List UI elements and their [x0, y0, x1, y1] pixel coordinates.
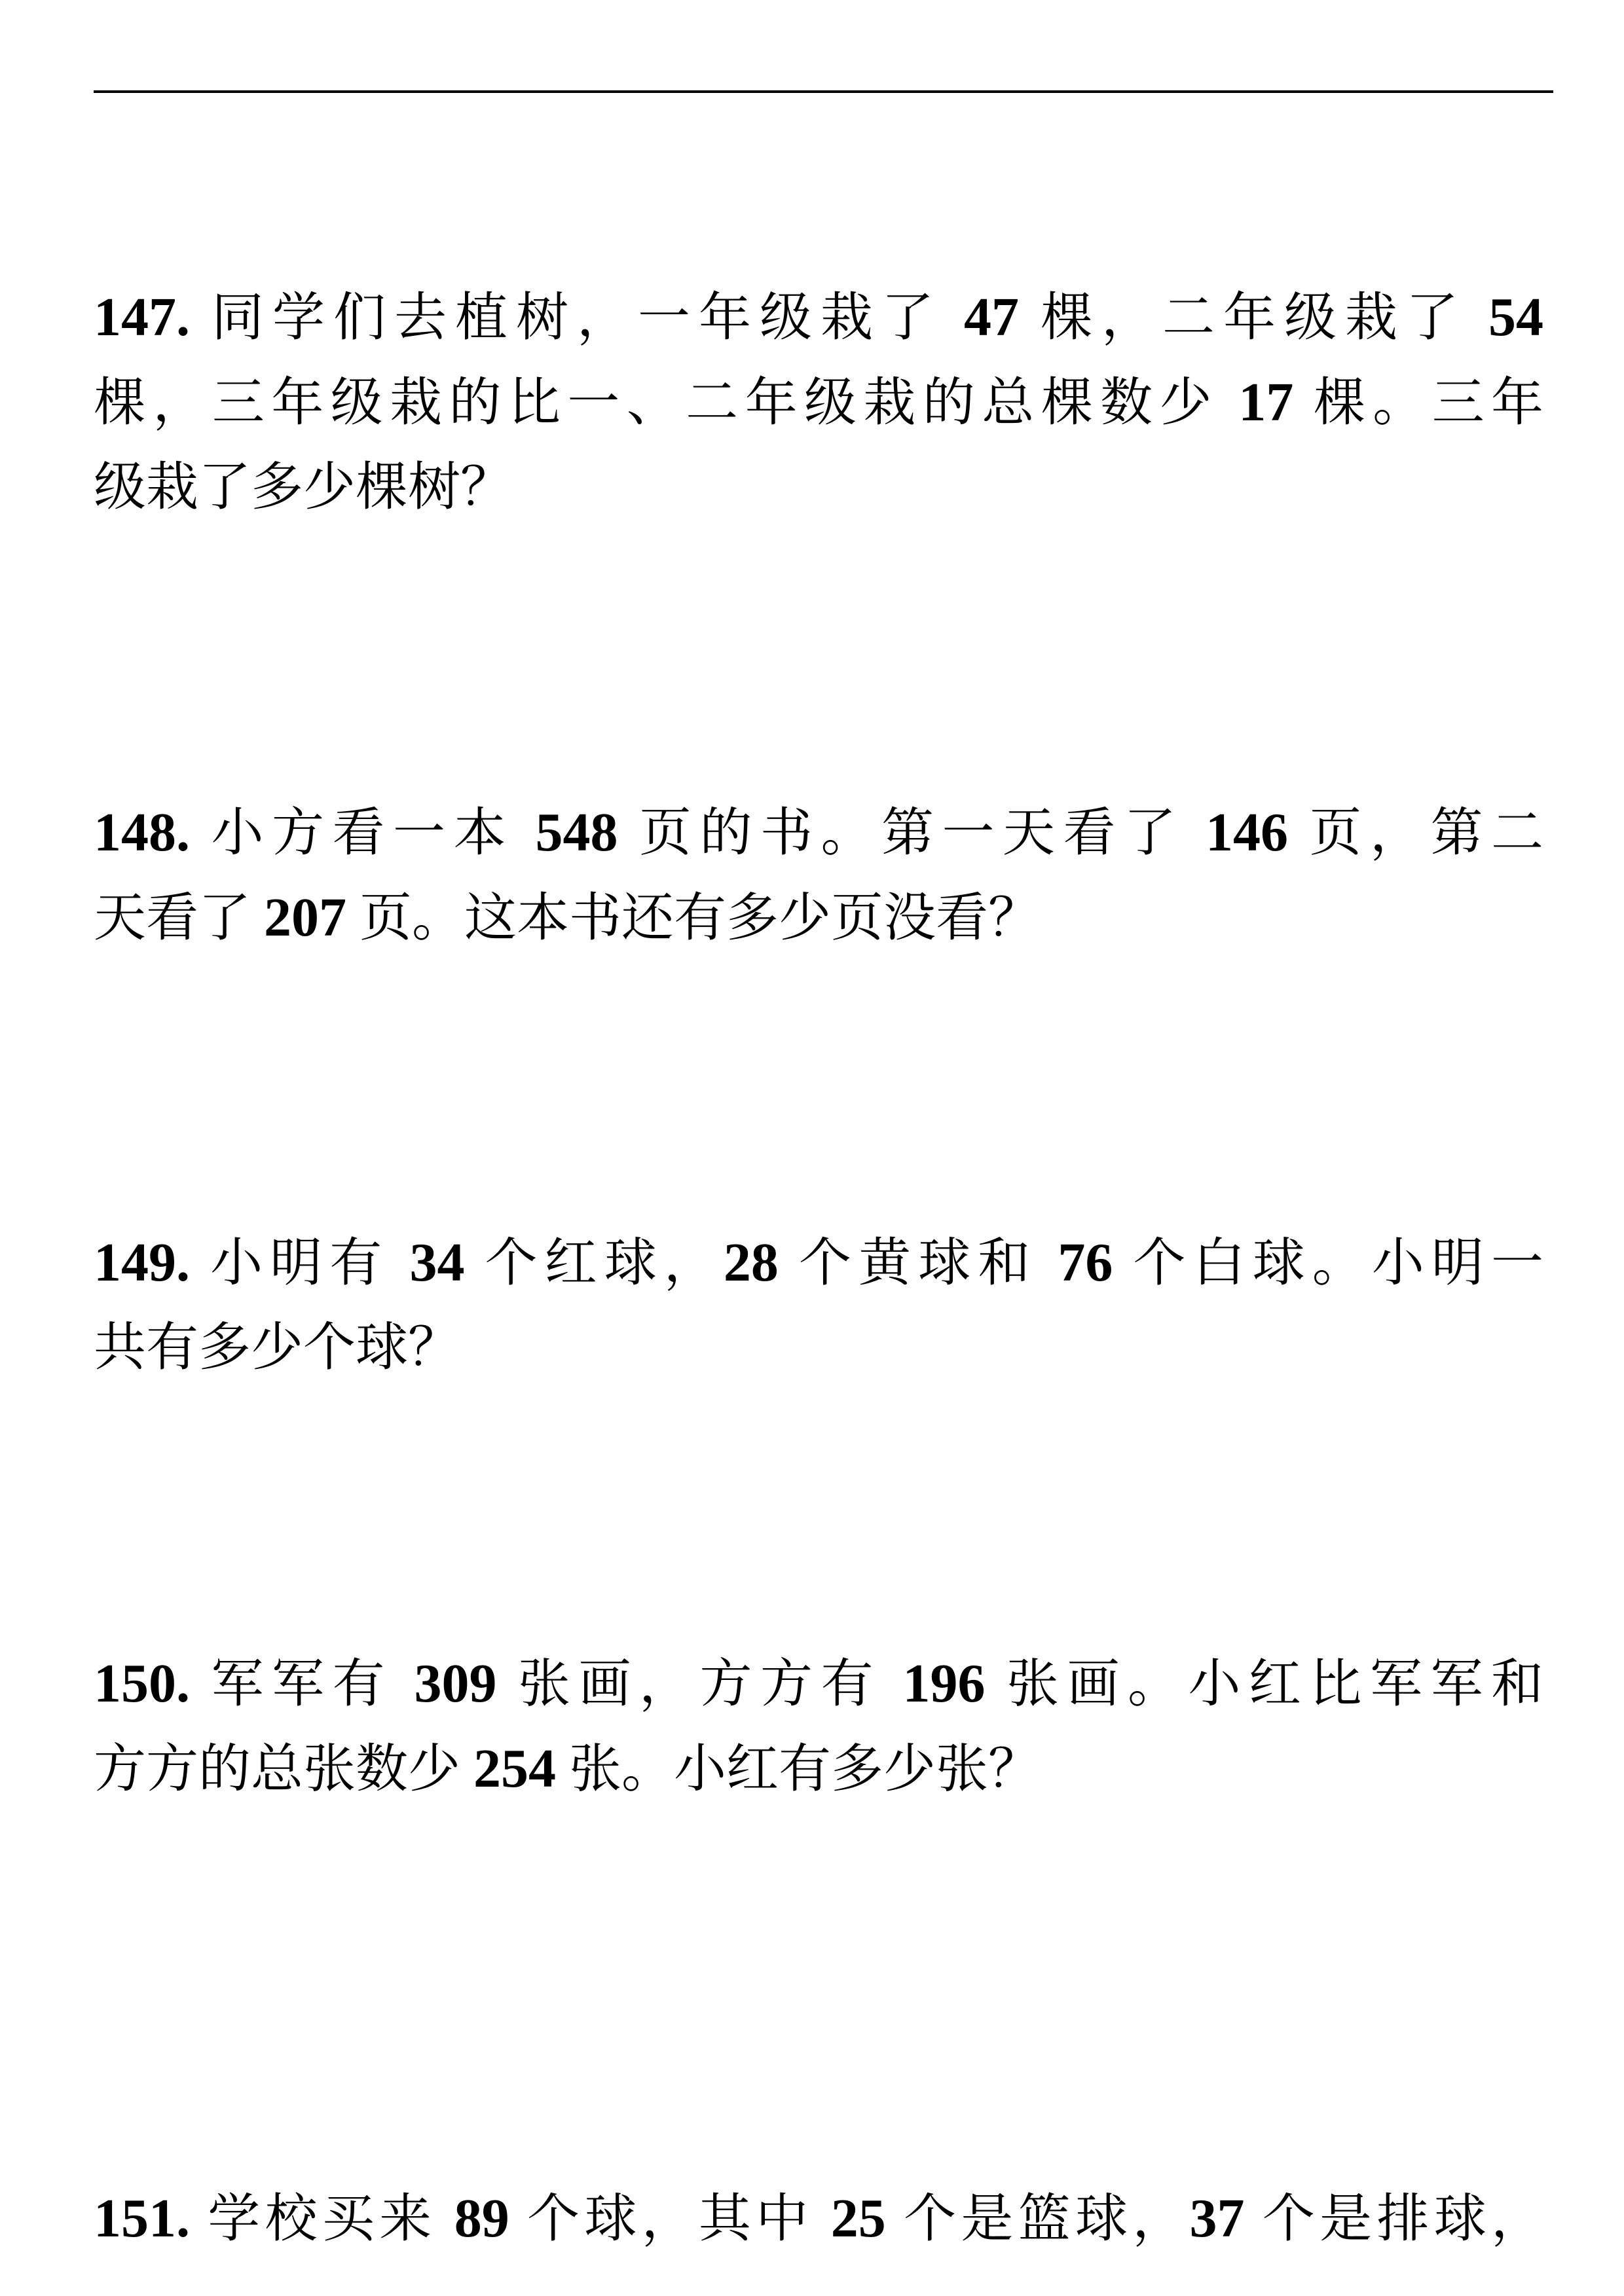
text-line: 148. 小方看一本 548 页的书。第一天看了 146 页，第二: [94, 790, 1543, 875]
text-run: 军军有: [190, 1656, 415, 1713]
text-run: 方方的总张数少: [94, 1741, 473, 1798]
problem-148: 148. 小方看一本 548 页的书。第一天看了 146 页，第二天看了 207…: [94, 790, 1543, 960]
text-run: 级栽了多少棵树？: [94, 459, 513, 517]
text-run: 个黄球和: [779, 1235, 1058, 1292]
bold-number: 17: [1238, 372, 1293, 433]
bold-number: 254: [473, 1738, 556, 1799]
text-run: 页。这本书还有多少页没看？: [346, 890, 1041, 947]
document-page: 147. 同学们去植树，一年级栽了 47 棵，二年级栽了 54棵，三年级栽的比一…: [0, 0, 1624, 2296]
text-run: 天看了: [94, 890, 264, 947]
text-line: 149. 小明有 34 个红球，28 个黄球和 76 个白球。小明一: [94, 1220, 1543, 1305]
text-run: 张画，方方有: [497, 1656, 903, 1713]
text-run: 张。小红有多少张？: [556, 1741, 1041, 1798]
problem-149: 149. 小明有 34 个红球，28 个黄球和 76 个白球。小明一共有多少个球…: [94, 1220, 1543, 1391]
text-run: 张画。小红比军军和: [986, 1656, 1544, 1713]
text-run: 小明有: [190, 1235, 409, 1292]
bold-number: 37: [1190, 2188, 1245, 2249]
text-run: 页的书。第一天看了: [618, 805, 1206, 862]
text-line: 方方的总张数少 254 张。小红有多少张？: [94, 1726, 1543, 1812]
text-line: 棵，三年级栽的比一、二年级栽的总棵数少 17 棵。三年: [94, 360, 1543, 445]
bold-number: 34: [409, 1232, 464, 1293]
text-line: 151. 学校买来 89 个球，其中 25 个是篮球，37 个是排球，: [94, 2176, 1543, 2261]
bold-number: 151.: [94, 2188, 190, 2249]
text-run: 棵，三年级栽的比一、二年级栽的总棵数少: [94, 374, 1238, 432]
text-run: 同学们去植树，一年级栽了: [190, 289, 964, 347]
bold-number: 89: [454, 2188, 509, 2249]
bold-number: 148.: [94, 802, 190, 863]
text-run: 个是排球，: [1245, 2191, 1543, 2248]
text-run: 页，第二: [1288, 805, 1543, 862]
bold-number: 76: [1058, 1232, 1113, 1293]
bold-number: 548: [536, 802, 618, 863]
text-line: 级栽了多少棵树？: [94, 445, 1543, 530]
text-run: 个是篮球，: [886, 2191, 1190, 2248]
text-run: 学校买来: [190, 2191, 454, 2248]
bold-number: 25: [831, 2188, 886, 2249]
bold-number: 28: [724, 1232, 779, 1293]
text-line: 共有多少个球？: [94, 1305, 1543, 1391]
text-line: 147. 同学们去植树，一年级栽了 47 棵，二年级栽了 54: [94, 275, 1543, 360]
problem-147: 147. 同学们去植树，一年级栽了 47 棵，二年级栽了 54棵，三年级栽的比一…: [94, 275, 1543, 530]
text-run: 小方看一本: [190, 805, 536, 862]
bold-number: 196: [903, 1653, 986, 1714]
bold-number: 309: [415, 1653, 497, 1714]
text-run: 共有多少个球？: [94, 1319, 460, 1377]
bold-number: 207: [264, 887, 346, 948]
bold-number: 147.: [94, 287, 190, 348]
text-run: 个白球。小明一: [1113, 1235, 1543, 1292]
text-run: 个球，其中: [509, 2191, 831, 2248]
bold-number: 146: [1206, 802, 1288, 863]
problem-151: 151. 学校买来 89 个球，其中 25 个是篮球，37 个是排球，: [94, 2176, 1543, 2261]
text-run: 个红球，: [464, 1235, 723, 1292]
problem-150: 150. 军军有 309 张画，方方有 196 张画。小红比军军和方方的总张数少…: [94, 1641, 1543, 1812]
text-run: 棵，二年级栽了: [1019, 289, 1488, 347]
header-divider: [94, 90, 1553, 93]
bold-number: 47: [964, 287, 1019, 348]
bold-number: 54: [1488, 287, 1543, 348]
bold-number: 150.: [94, 1653, 190, 1714]
text-line: 150. 军军有 309 张画，方方有 196 张画。小红比军军和: [94, 1641, 1543, 1726]
bold-number: 149.: [94, 1232, 190, 1293]
text-line: 天看了 207 页。这本书还有多少页没看？: [94, 875, 1543, 960]
text-run: 棵。三年: [1293, 374, 1543, 432]
